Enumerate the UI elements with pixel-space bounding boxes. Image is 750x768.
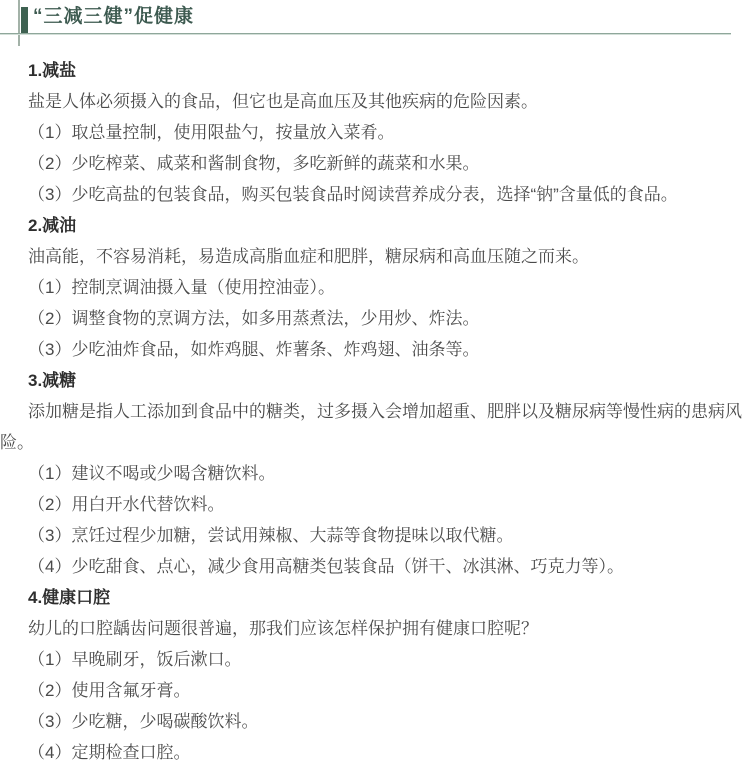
page-title: “三减三健”促健康: [33, 4, 194, 30]
list-item: （1）早晚刷牙，饭后漱口。: [0, 644, 750, 675]
title-accent-bar: [21, 7, 28, 33]
section-heading-reduce-salt: 1.减盐: [0, 55, 750, 86]
section-intro: 添加糖是指人工添加到食品中的糖类，过多摄入会增加超重、肥胖以及糖尿病等慢性病的患…: [0, 396, 750, 427]
section-intro: 幼儿的口腔龋齿问题很普遍，那我们应该怎样保护拥有健康口腔呢？: [0, 613, 750, 644]
section-heading-reduce-sugar: 3.减糖: [0, 365, 750, 396]
section-heading-reduce-oil: 2.减油: [0, 210, 750, 241]
article-body: 1.减盐 盐是人体必须摄入的食品，但它也是高血压及其他疾病的危险因素。 （1）取…: [0, 55, 750, 768]
list-item: （2）使用含氟牙膏。: [0, 675, 750, 706]
section-intro: 盐是人体必须摄入的食品，但它也是高血压及其他疾病的危险因素。: [0, 86, 750, 117]
list-item: （4）少吃甜食、点心，减少食用高糖类包装食品（饼干、冰淇淋、巧克力等）。: [0, 551, 750, 582]
header-divider-rule: [0, 33, 731, 35]
article-header: “三减三健”促健康: [0, 0, 750, 55]
header-crosshair-vline: [18, 0, 20, 46]
list-item: （2）用白开水代替饮料。: [0, 489, 750, 520]
list-item: （3）少吃油炸食品，如炸鸡腿、炸薯条、炸鸡翅、油条等。: [0, 334, 750, 365]
list-item: （1）取总量控制，使用限盐勺，按量放入菜肴。: [0, 117, 750, 148]
section-heading-healthy-mouth: 4.健康口腔: [0, 582, 750, 613]
list-item: （1）控制烹调油摄入量（使用控油壶）。: [0, 272, 750, 303]
list-item: （4）定期检查口腔。: [0, 737, 750, 768]
section-intro: 油高能，不容易消耗，易造成高脂血症和肥胖，糖尿病和高血压随之而来。: [0, 241, 750, 272]
list-item: （3）少吃糖，少喝碳酸饮料。: [0, 706, 750, 737]
section-intro-wrap: 险。: [0, 427, 750, 458]
list-item: （3）少吃高盐的包装食品，购买包装食品时阅读营养成分表，选择“钠”含量低的食品。: [0, 179, 750, 210]
list-item: （2）少吃榨菜、咸菜和酱制食物，多吃新鲜的蔬菜和水果。: [0, 148, 750, 179]
list-item: （2）调整食物的烹调方法，如多用蒸煮法，少用炒、炸法。: [0, 303, 750, 334]
list-item: （1）建议不喝或少喝含糖饮料。: [0, 458, 750, 489]
list-item: （3）烹饪过程少加糖，尝试用辣椒、大蒜等食物提味以取代糖。: [0, 520, 750, 551]
